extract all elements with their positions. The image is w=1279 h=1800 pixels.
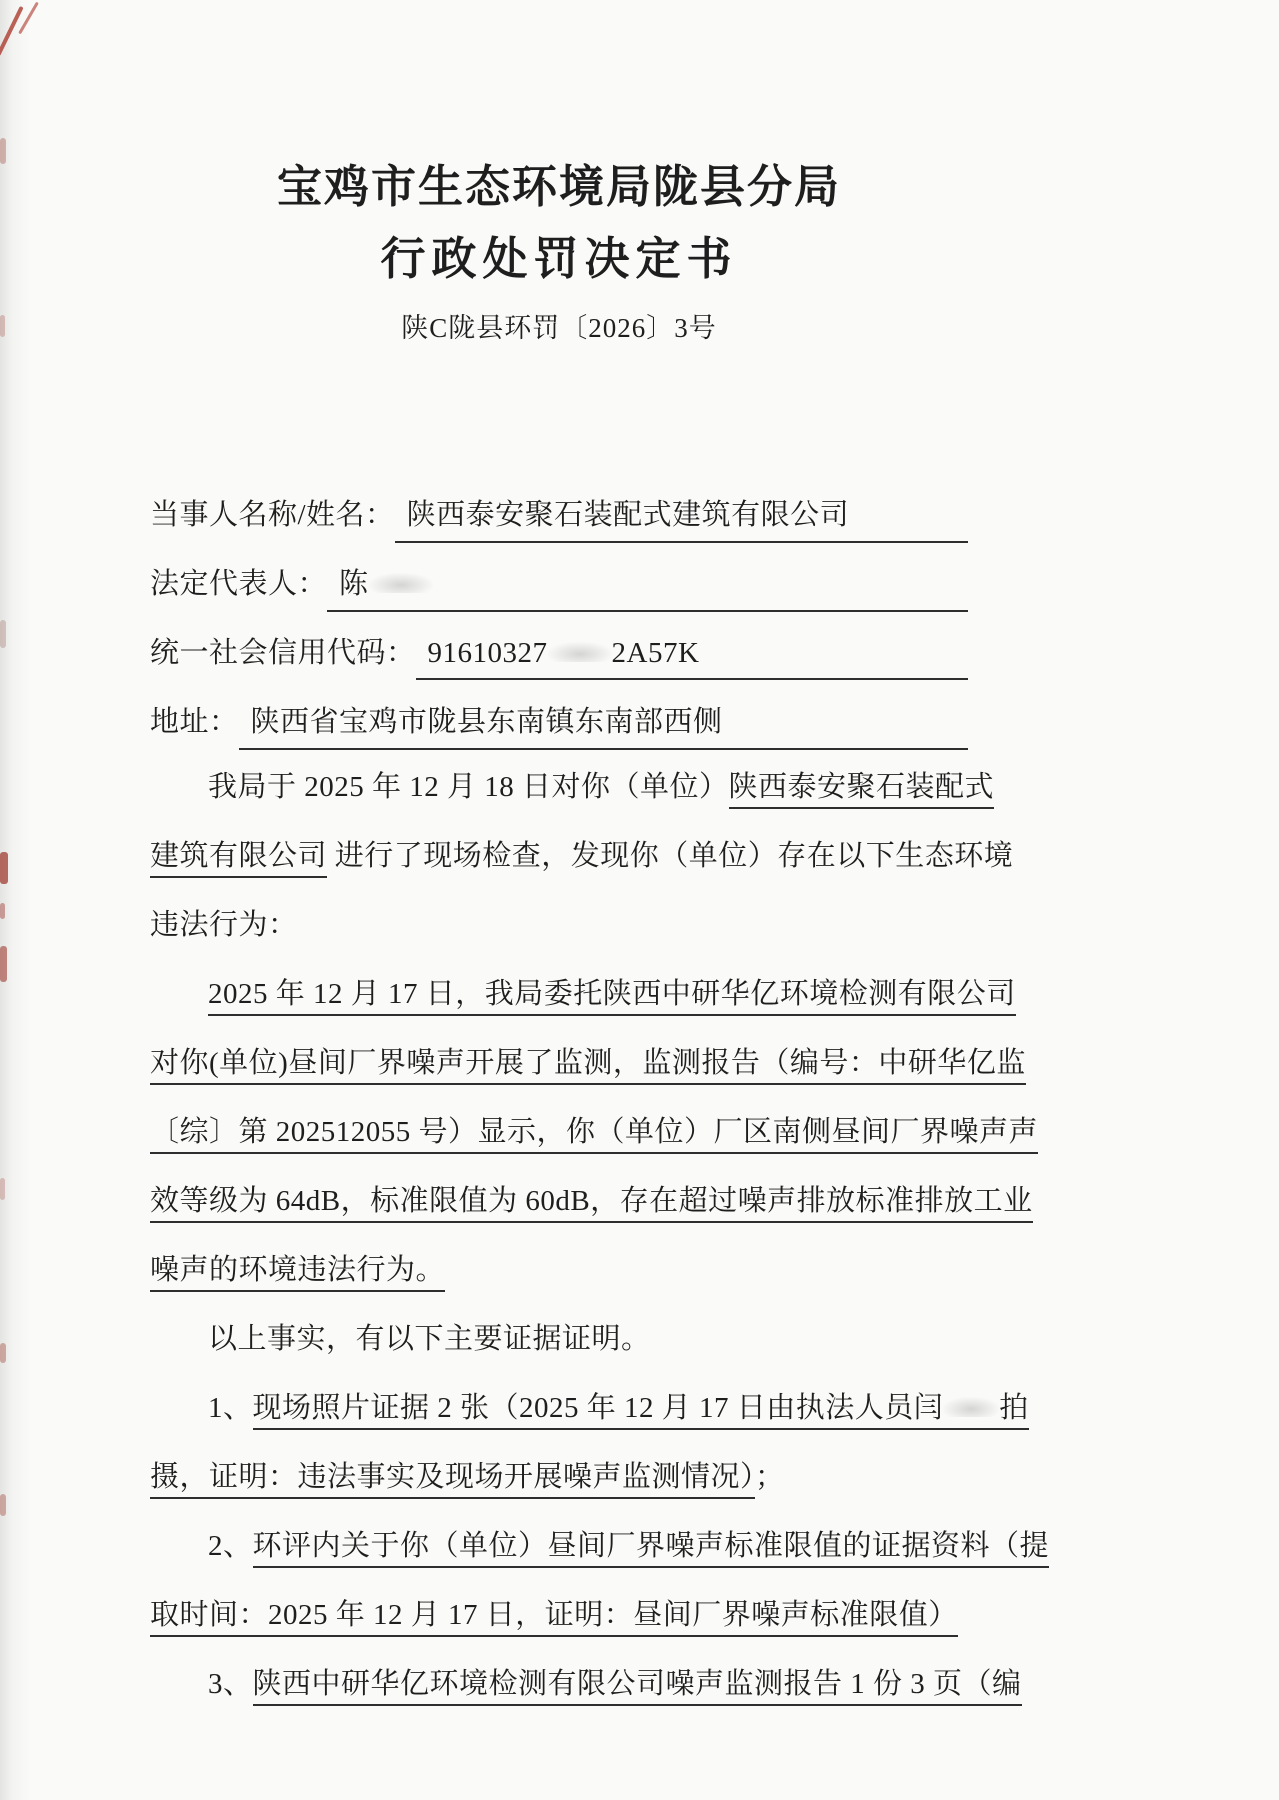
scan-smudge [0, 852, 8, 884]
field-party-name-value: 陕西泰安聚石装配式建筑有限公司 [407, 499, 850, 531]
redaction-smudge [943, 1397, 999, 1417]
evidence1-line2-underlined: 摄，证明：违法事实及现场开展噪声监测情况） [150, 1461, 755, 1499]
body-line-evidence3-1: 3、陕西中研华亿环境检测有限公司噪声监测报告 1 份 3 页（编 [150, 1650, 968, 1719]
evidence3-line1-underlined: 陕西中研华亿环境检测有限公司噪声监测报告 1 份 3 页（编 [253, 1668, 1022, 1706]
body-line-monitoring-1: 2025 年 12 月 17 日，我局委托陕西中研华亿环境检测有限公司 [150, 960, 968, 1029]
scan-smudge [0, 1178, 5, 1200]
body-line-monitoring-4: 效等级为 64dB，标准限值为 60dB，存在超过噪声排放标准排放工业 [150, 1167, 968, 1236]
field-address-underline: 陕西省宝鸡市陇县东南镇东南部西侧 [239, 699, 968, 750]
field-party-name-label: 当事人名称/姓名： [150, 492, 395, 533]
evidence1-line1-text-a: 现场照片证据 2 张（2025 年 12 月 17 日由执法人员闫 [253, 1392, 944, 1424]
redaction-smudge [548, 642, 612, 662]
inspection-line1-text: 我局于 2025 年 12 月 18 日对你（单位） [208, 771, 729, 803]
body-line-monitoring-5: 噪声的环境违法行为。 [150, 1236, 968, 1305]
document-type-title: 行政处罚决定书 [150, 222, 968, 287]
scanned-penalty-decision-page: 宝鸡市生态环境局陇县分局 行政处罚决定书 陕C陇县环罚〔2026〕3号 当事人名… [0, 0, 1279, 1800]
body-line-inspection-3: 违法行为： [150, 891, 968, 960]
body-line-evidence1-1: 1、现场照片证据 2 张（2025 年 12 月 17 日由执法人员闫拍 [150, 1374, 968, 1443]
scan-smudge [0, 903, 5, 919]
inspection-line1-company-underlined: 陕西泰安聚石装配式 [729, 771, 995, 809]
body-line-monitoring-2: 对你(单位)昼间厂界噪声开展了监测，监测报告（编号：中研华亿监 [150, 1029, 968, 1098]
monitoring-line2-underlined: 对你(单位)昼间厂界噪声开展了监测，监测报告（编号：中研华亿监 [150, 1047, 1026, 1085]
evidence1-line2-tail: ； [755, 1461, 785, 1493]
field-legal-representative-value: 陈 [339, 568, 369, 600]
body-line-evidence1-2: 摄，证明：违法事实及现场开展噪声监测情况）； [150, 1443, 968, 1512]
field-address: 地址： 陕西省宝鸡市陇县东南镇东南部西侧 [150, 684, 968, 753]
body-line-evidence2-1: 2、环评内关于你（单位）昼间厂界噪声标准限值的证据资料（提 [150, 1512, 968, 1581]
body-line-evidence2-2: 取时间：2025 年 12 月 17 日，证明：昼间厂界噪声标准限值） [150, 1581, 968, 1650]
body-line-inspection-2: 建筑有限公司 进行了现场检查，发现你（单位）存在以下生态环境 [150, 822, 968, 891]
monitoring-line4-underlined: 效等级为 64dB，标准限值为 60dB，存在超过噪声排放标准排放工业 [150, 1185, 1033, 1223]
document-number: 陕C陇县环罚〔2026〕3号 [150, 306, 968, 345]
field-address-value: 陕西省宝鸡市陇县东南镇东南部西侧 [251, 706, 723, 738]
evidence2-number: 2、 [208, 1530, 253, 1562]
field-address-label: 地址： [150, 699, 239, 740]
issuer-title: 宝鸡市生态环境局陇县分局 [150, 150, 968, 215]
field-credit-code-value-prefix: 91610327 [428, 637, 548, 669]
field-legal-representative: 法定代表人： 陈 [150, 546, 968, 615]
red-pen-mark [0, 6, 24, 56]
scan-smudge [0, 1494, 6, 1516]
evidence1-line1-text-b: 拍 [999, 1392, 1029, 1424]
field-credit-code-label: 统一社会信用代码： [150, 630, 416, 671]
monitoring-line3-underlined: 〔综〕第 202512055 号）显示，你（单位）厂区南侧昼间厂界噪声声 [150, 1116, 1038, 1154]
scan-smudge [0, 138, 6, 164]
monitoring-line5-underlined: 噪声的环境违法行为。 [150, 1254, 445, 1292]
document-body: 当事人名称/姓名： 陕西泰安聚石装配式建筑有限公司 法定代表人： 陈 统一社会信… [150, 477, 968, 1719]
body-line-inspection-1: 我局于 2025 年 12 月 18 日对你（单位）陕西泰安聚石装配式 [150, 753, 968, 822]
inspection-line2-text: 进行了现场检查，发现你（单位）存在以下生态环境 [327, 840, 1013, 872]
field-party-name-underline: 陕西泰安聚石装配式建筑有限公司 [395, 492, 968, 543]
scan-edge-shade [0, 0, 30, 1800]
field-legal-representative-label: 法定代表人： [150, 561, 327, 602]
evidence-intro-text: 以上事实，有以下主要证据证明。 [208, 1323, 651, 1355]
body-line-evidence-intro: 以上事实，有以下主要证据证明。 [150, 1305, 968, 1374]
scan-smudge [0, 620, 6, 648]
evidence2-line2-underlined: 取时间：2025 年 12 月 17 日，证明：昼间厂界噪声标准限值） [150, 1599, 958, 1637]
inspection-line3-text: 违法行为： [150, 909, 298, 941]
inspection-line2-company-underlined: 建筑有限公司 [150, 840, 327, 878]
red-pen-mark [18, 2, 39, 35]
field-credit-code: 统一社会信用代码： 916103272A57K [150, 615, 968, 684]
scan-smudge [0, 315, 5, 337]
evidence1-number: 1、 [208, 1392, 253, 1424]
redaction-smudge [369, 573, 433, 593]
evidence1-line1-underline: 现场照片证据 2 张（2025 年 12 月 17 日由执法人员闫拍 [253, 1392, 1029, 1430]
evidence2-line1-underlined: 环评内关于你（单位）昼间厂界噪声标准限值的证据资料（提 [253, 1530, 1050, 1568]
field-credit-code-value-suffix: 2A57K [612, 637, 700, 669]
evidence3-number: 3、 [208, 1668, 253, 1700]
scan-smudge [0, 1343, 6, 1363]
scan-smudge [0, 946, 7, 982]
field-party-name: 当事人名称/姓名： 陕西泰安聚石装配式建筑有限公司 [150, 477, 968, 546]
field-credit-code-underline: 916103272A57K [416, 637, 968, 680]
monitoring-line1-underlined: 2025 年 12 月 17 日，我局委托陕西中研华亿环境检测有限公司 [208, 978, 1016, 1016]
body-line-monitoring-3: 〔综〕第 202512055 号）显示，你（单位）厂区南侧昼间厂界噪声声 [150, 1098, 968, 1167]
field-legal-representative-underline: 陈 [327, 561, 968, 612]
